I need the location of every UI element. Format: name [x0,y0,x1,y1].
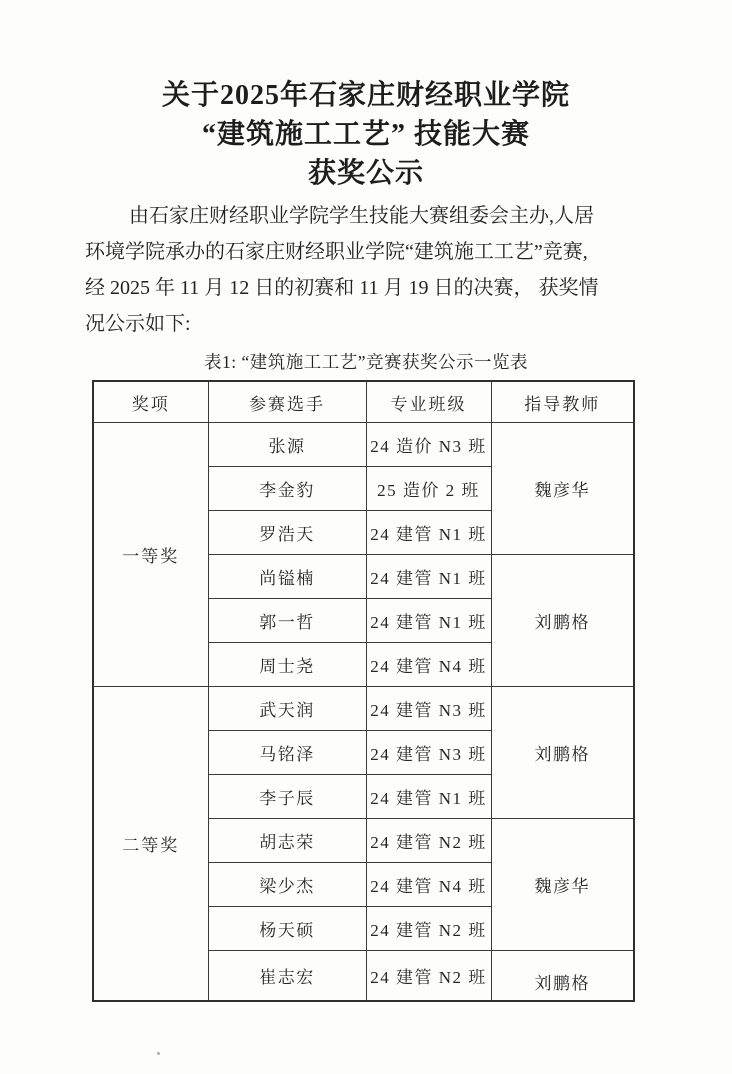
class-cell: 24 建管 N2 班 [366,819,491,863]
title-line-3: 获奖公示 [0,154,732,193]
paragraph-line: 经 2025 年 11 月 12 日的初赛和 11 月 19 日的决赛， 获奖情 [85,270,647,306]
contestant-cell: 马铭泽 [208,731,366,775]
paragraph-line: 况公示如下: [85,306,647,342]
contestant-cell: 罗浩天 [208,511,366,555]
class-cell: 24 建管 N2 班 [366,907,491,951]
instructor-cell: 魏彦华 [491,819,634,951]
table-caption: 表1: “建筑施工工艺”竞赛获奖公示一览表 [0,349,732,374]
paragraph-line: 环境学院承办的石家庄财经职业学院“建筑施工工艺”竞赛, [85,234,647,270]
column-header: 参赛选手 [208,381,366,423]
column-header: 专业班级 [366,381,491,423]
document-title: 关于2025年石家庄财经职业学院 “建筑施工工艺” 技能大赛 获奖公示 [0,0,732,193]
contestant-cell: 胡志荣 [208,819,366,863]
contestant-cell: 李金豹 [208,467,366,511]
contestant-cell: 郭一哲 [208,599,366,643]
document-page: 关于2025年石家庄财经职业学院 “建筑施工工艺” 技能大赛 获奖公示 由石家庄… [0,0,732,1074]
class-cell: 24 建管 N1 班 [366,775,491,819]
contestant-cell: 张源 [208,423,366,467]
awards-table: 奖项参赛选手专业班级指导教师 一等奖张源24 造价 N3 班魏彦华李金豹25 造… [92,380,635,1002]
class-cell: 24 建管 N3 班 [366,687,491,731]
class-cell: 24 建管 N2 班 [366,951,491,1002]
instructor-cell: 刘鹏格 [491,687,634,819]
header-row: 奖项参赛选手专业班级指导教师 [93,381,634,423]
contestant-cell: 李子辰 [208,775,366,819]
class-cell: 24 建管 N1 班 [366,511,491,555]
instructor-cell: 刘鹏格 [491,951,634,1002]
contestant-cell: 梁少杰 [208,863,366,907]
class-cell: 24 建管 N3 班 [366,731,491,775]
class-cell: 25 造价 2 班 [366,467,491,511]
class-cell: 24 建管 N4 班 [366,863,491,907]
contestant-cell: 武天润 [208,687,366,731]
class-cell: 24 建管 N4 班 [366,643,491,687]
award-cell: 二等奖 [93,687,208,1002]
class-cell: 24 建管 N1 班 [366,555,491,599]
contestant-cell: 杨天硕 [208,907,366,951]
instructor-cell: 魏彦华 [491,423,634,555]
contestant-cell: 崔志宏 [208,951,366,1002]
paragraph-line: 由石家庄财经职业学院学生技能大赛组委会主办,人居 [85,198,647,234]
contestant-cell: 尚镒楠 [208,555,366,599]
instructor-cell: 刘鹏格 [491,555,634,687]
column-header: 奖项 [93,381,208,423]
contestant-cell: 周士尧 [208,643,366,687]
awards-table-body: 一等奖张源24 造价 N3 班魏彦华李金豹25 造价 2 班罗浩天24 建管 N… [93,423,634,1002]
title-line-1: 关于2025年石家庄财经职业学院 [0,76,732,115]
class-cell: 24 建管 N1 班 [366,599,491,643]
awards-table-head: 奖项参赛选手专业班级指导教师 [93,381,634,423]
title-line-2: “建筑施工工艺” 技能大赛 [0,115,732,154]
scan-speck [157,1052,160,1055]
class-cell: 24 造价 N3 班 [366,423,491,467]
table-row: 二等奖武天润24 建管 N3 班刘鹏格 [93,687,634,731]
table-row: 一等奖张源24 造价 N3 班魏彦华 [93,423,634,467]
column-header: 指导教师 [491,381,634,423]
award-cell: 一等奖 [93,423,208,687]
intro-paragraph: 由石家庄财经职业学院学生技能大赛组委会主办,人居 环境学院承办的石家庄财经职业学… [85,198,647,342]
